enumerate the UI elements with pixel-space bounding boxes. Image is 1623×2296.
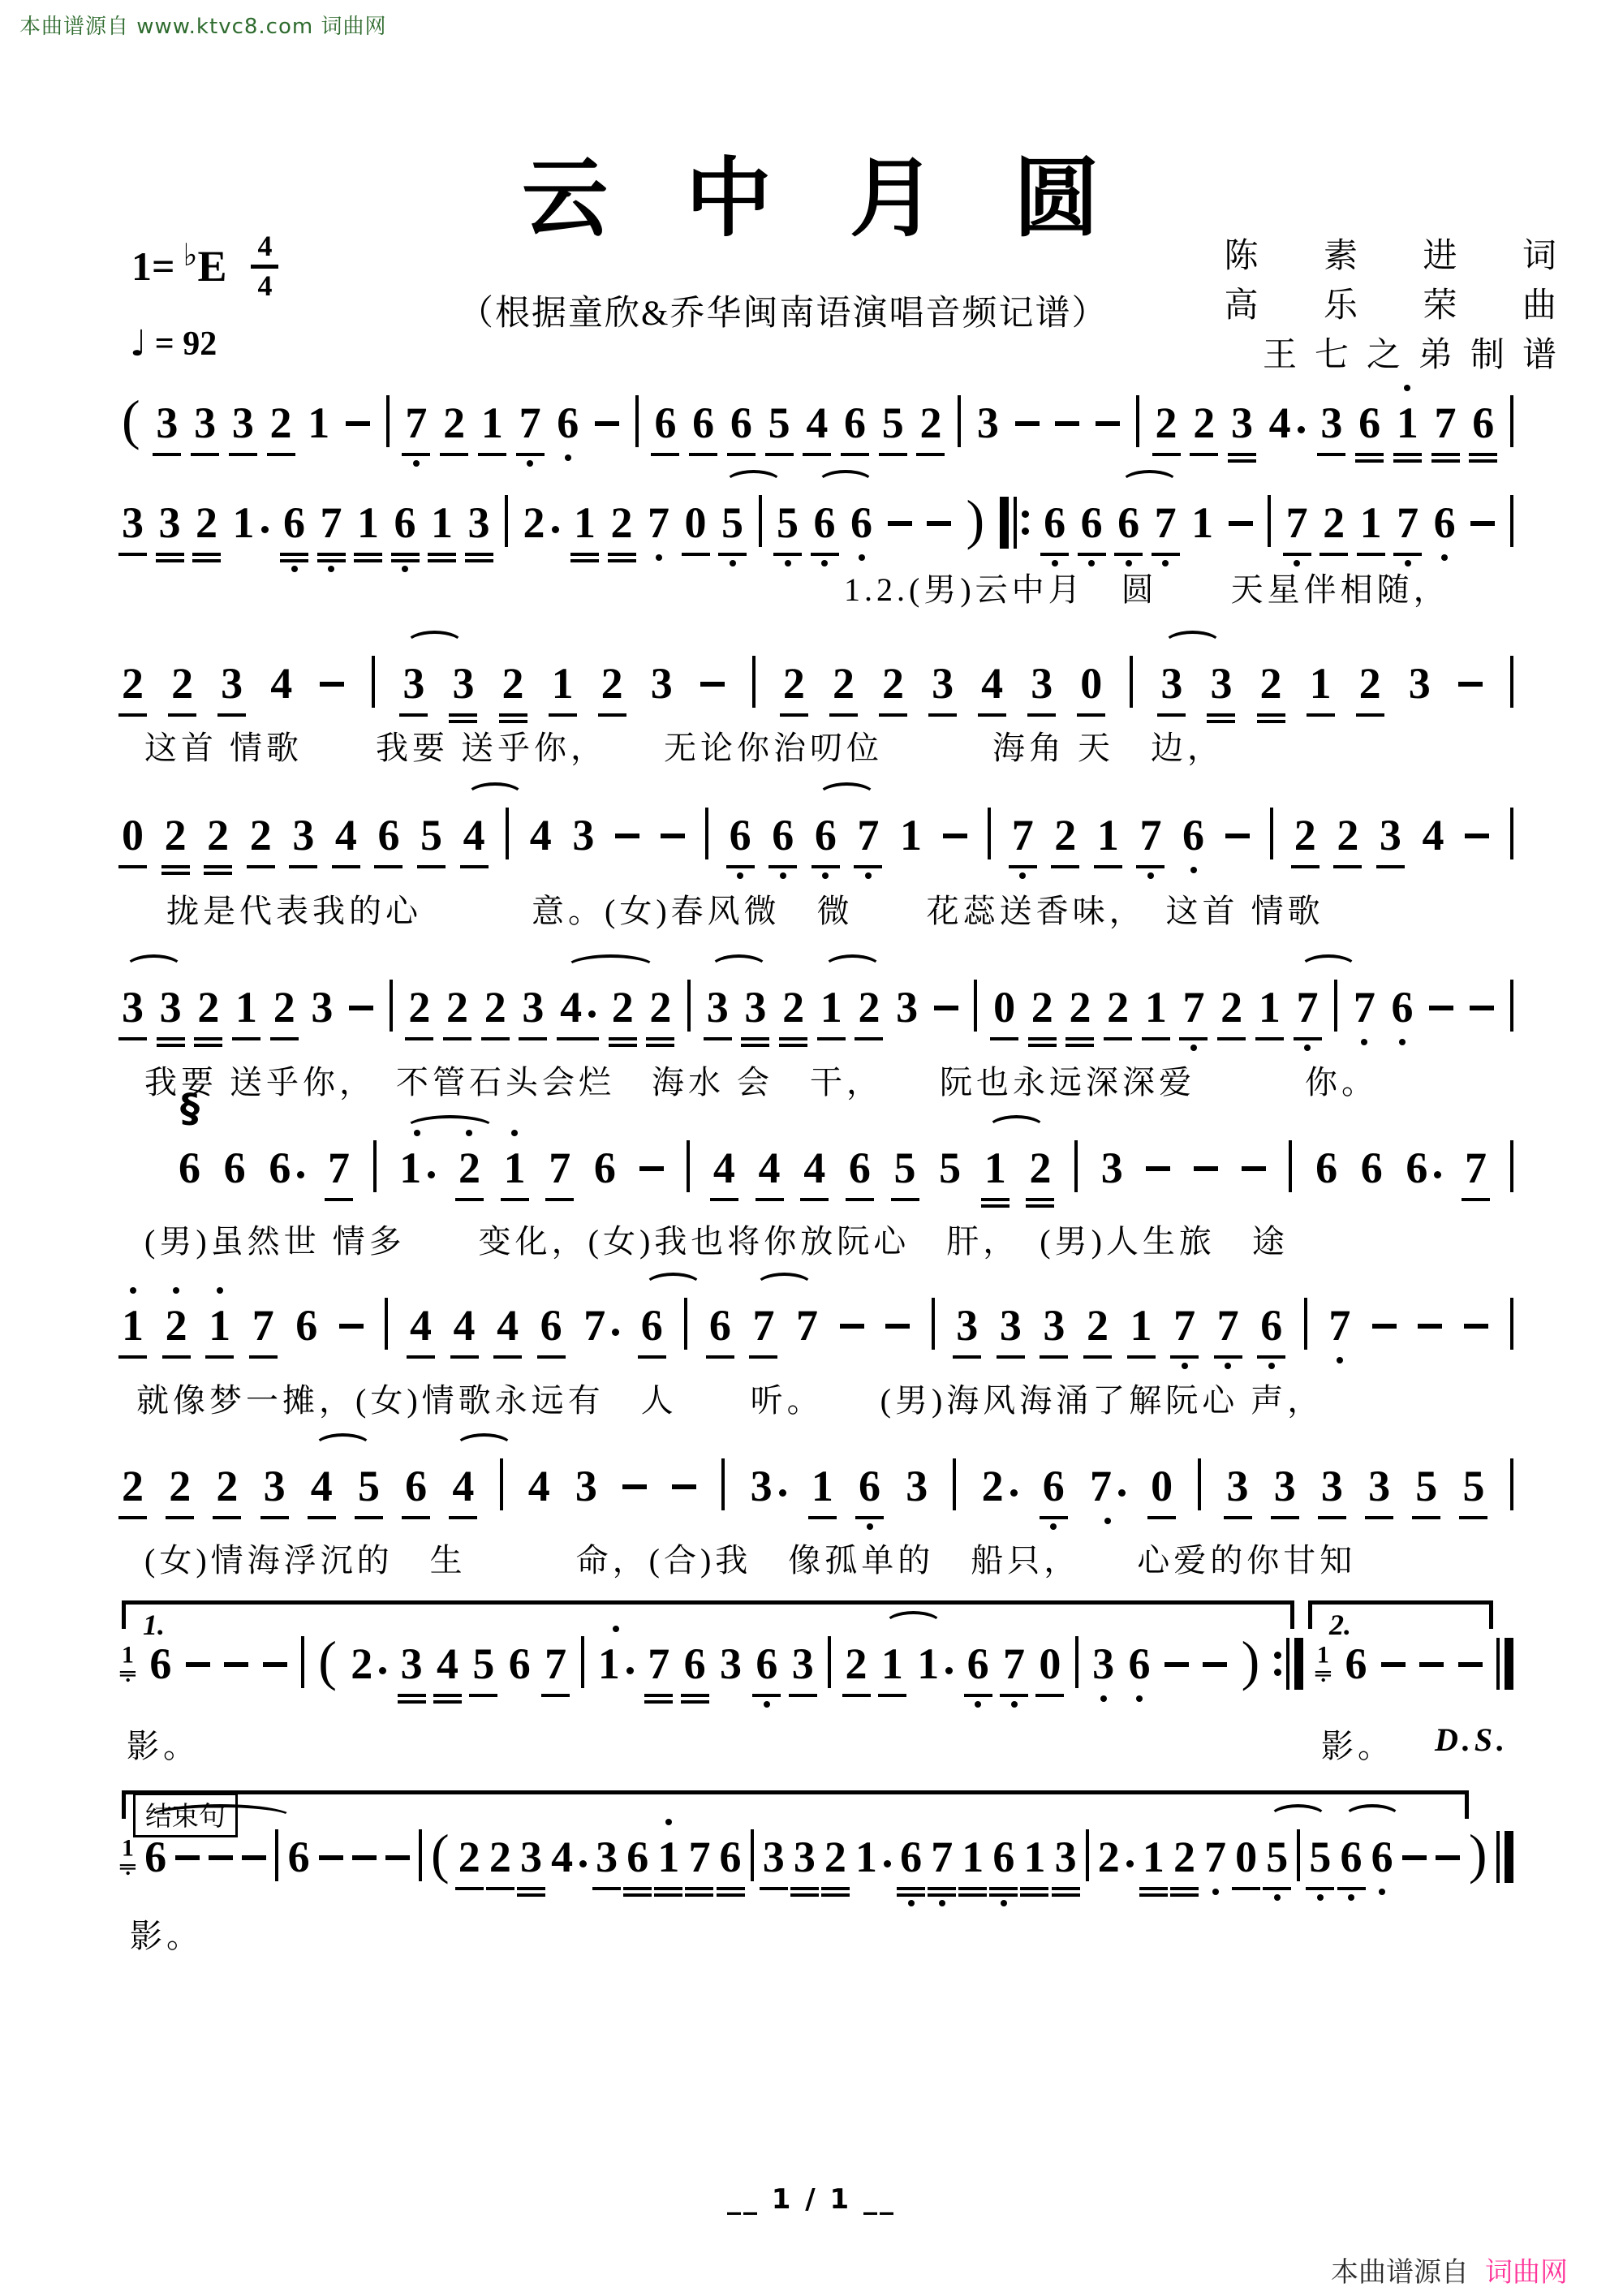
note-token [1086,1829,1089,1885]
note-token: 7 [1328,1300,1350,1350]
note-token: 0 [993,982,1015,1032]
note-token [828,1636,831,1691]
note-token [1136,395,1139,450]
note-token [1096,416,1120,429]
source-credit-prefix: 本曲谱源自 [1331,2256,1469,2289]
note-token: 3 [452,658,474,709]
note-token: 5 [777,498,799,548]
note-token: 6 [850,498,872,548]
note-token [1470,1001,1494,1014]
note-token: 1 [1360,498,1382,548]
note-token: 7 [1090,1461,1126,1511]
note-token: 7 [1173,1300,1195,1350]
note-token: 4 [463,810,485,860]
note-token [373,1140,377,1195]
note-token: 7 [688,1832,710,1882]
note-token: 4 [1423,810,1444,860]
note-token: 3 [651,658,673,709]
note-token: 6 [684,1639,706,1689]
note-token: 6 [1129,1639,1151,1689]
note-token: 2 [611,498,633,548]
note-token [988,808,991,863]
note-token: 1 [552,658,574,709]
note-token: 6 [1341,1832,1363,1882]
note-token [1510,808,1513,863]
note-token: 2 [1087,1300,1109,1350]
music-line-8: 222345644331632670333355 [122,1458,1513,1514]
music-line-3: 22343321232223430332123 [122,655,1513,712]
note-token: 1 [1097,810,1119,860]
note-token: 1 [820,982,842,1032]
lyric-line-3: 这首 情歌 我要 送乎你， 无论你治叨位 海角 天 边， [122,722,1536,769]
note-token [684,1298,687,1353]
note-token [352,1850,377,1863]
note-token: 7 [321,498,342,548]
note-token: 1 [481,398,503,448]
note-token [419,1829,422,1885]
note-token: 2 [122,1461,144,1511]
note-token [934,1001,958,1014]
note-token: 6 [756,1639,777,1689]
note-token: 7 [1003,1639,1025,1689]
note-token: 0 [1039,1639,1061,1689]
note-token: 2 [216,1461,238,1511]
music-line-6: 6667121764446551236667 [122,1139,1513,1196]
note-token: 3 [596,1832,618,1882]
note-token: 2 [846,1639,867,1689]
note-token [1458,677,1483,690]
note-token: 6 [844,398,866,448]
note-token: 7 [857,810,879,860]
note-token: 7 [583,1300,619,1350]
note-token: 3 [763,1832,785,1882]
note-token [1464,1319,1488,1332]
note-token [581,1636,584,1691]
lyric-line-10: 影。 [122,1910,1522,1957]
note-token: 3 [896,982,918,1032]
note-token: 3 [160,982,182,1032]
note-token [1130,656,1133,711]
note-token: 3 [401,1639,423,1689]
note-token: 0 [685,498,707,548]
note-token [339,1319,364,1332]
volta-1-label: 1. [143,1608,165,1642]
note-token: 6 [179,1143,200,1193]
note-token: 6 [288,1832,310,1882]
note-token: 1 [504,1143,526,1193]
key-signature: 1=♭E 4 4 [131,230,278,302]
note-token: 2 [169,1461,191,1511]
note-token: 2 [502,658,524,709]
note-token [672,1480,696,1493]
note-token: 3 [1321,1461,1343,1511]
note-token: 1 [1145,982,1167,1032]
note-token: 2 [919,398,941,448]
music-line-10: 166(2234361763321671613212705566) [122,1829,1513,1885]
note-token [385,1850,410,1863]
note-token: 2 [1337,810,1358,860]
note-token: 2 [1031,982,1053,1032]
note-token: 6 [377,810,399,860]
note-token: 0 [1151,1461,1173,1511]
note-token: 3 [232,398,254,448]
note-token: 6 [1358,398,1380,448]
note-token [1372,1319,1397,1332]
music-line-1: (3332172176666546523223436176 [122,394,1513,451]
note-token: 2 [351,1639,386,1689]
note-token: 2 [122,658,144,709]
note-token: 2 [612,982,634,1032]
note-token [700,677,725,690]
note-token: 6 [720,1832,742,1882]
note-token: 6 [149,1639,171,1689]
note-token: 6 [626,1832,648,1882]
note-token: 2 [1173,1832,1195,1882]
note-token: 1 [209,1300,230,1350]
lyric-line-5: 我要 送乎你， 不管石头会烂 海水 会 干， 阮也永远深深爱 你。 [122,1057,1536,1103]
note-token [1436,1850,1460,1863]
note-token: 3 [977,398,999,448]
credits-block: 陈 素 进 词 高 乐 荣 曲 王七之弟制谱 [1224,232,1574,381]
note-token: 6 [405,1461,427,1511]
note-token: 6 [1472,398,1494,448]
note-token: 2 [1193,398,1215,448]
volta-2-label: 2. [1329,1608,1351,1642]
note-token: 1 [1191,498,1213,548]
note-token: 6 [815,810,837,860]
note-token [1270,808,1273,863]
note-token [1055,416,1079,429]
credit-transcriber: 王七之弟制谱 [1224,331,1574,381]
note-token: 7 [1397,498,1419,548]
note-token [1510,1140,1513,1195]
lyric-line-2: 1.2.(男)云中月 圆 天星伴相随， [122,564,1623,610]
music-line-2: 3321671613212705566)6667172176 [122,494,1513,551]
note-token: 1 [431,498,453,548]
note-token: 6 [641,1300,663,1350]
note-token: 1 [235,982,257,1032]
note-token: 7 [752,1300,774,1350]
note-token: 6 [709,1300,731,1350]
lyric-line-6: (男)虽然世 情多 变化，(女)我也将你放阮心 肝， (男)人生旅 途 [122,1216,1536,1262]
note-token: 7 [796,1300,818,1350]
note-token: 3 [522,982,544,1032]
note-token [1198,1458,1201,1514]
note-token: 3 [1101,1143,1123,1193]
note-token: 2 [824,1832,846,1882]
sheet-music-page: 本曲谱源自 www.ktvc8.com 词曲网 云 中 月 圆 1=♭E 4 4… [0,0,1623,2296]
note-token: 3 [906,1461,928,1511]
note-token [1496,1638,1513,1690]
note-token [386,395,390,450]
note-token [888,516,912,529]
note-token [705,808,708,863]
note-token [1381,1657,1406,1670]
note-token: 2 [446,982,468,1032]
note-token: 3 [572,810,594,860]
note-token: 1 [984,1143,1006,1193]
note-token [1510,1298,1513,1353]
key-note: E [197,241,226,291]
note-token: 6 [859,1461,880,1511]
note-token: 4 [437,1639,458,1689]
note-token: 3 [1031,658,1053,709]
note-token [974,980,977,1035]
note-token: 6 [1345,1639,1367,1689]
note-token [372,656,375,711]
note-token: 4 [981,658,1003,709]
note-token: 3 [221,658,243,709]
note-token: 2 [1029,1143,1051,1193]
note-token [1465,829,1489,842]
note-token: 3 [794,1832,816,1882]
note-token: 4 [528,1461,550,1511]
note-token [1402,1850,1427,1863]
note-token: 3 [159,498,181,548]
note-token: 2 [601,658,623,709]
note-token: 4 [713,1143,735,1193]
note-token: 2 [408,982,430,1032]
note-token: 0 [1080,658,1102,709]
note-token [385,1298,388,1353]
note-token: ( [318,1632,337,1696]
lyric-line-8: (女)情海浮沉的 生 命，(合)我 像孤单的 船只， 心爱的你甘知 [122,1535,1536,1581]
note-token: 6 [1081,498,1103,548]
note-token: 2 [207,810,229,860]
note-token: 0 [122,810,144,860]
note-token [186,1657,210,1670]
watermark-source-top: 本曲谱源自 www.ktvc8.com 词曲网 [19,10,386,40]
note-token: 4 [759,1143,781,1193]
note-token: ) [1242,1632,1260,1696]
note-token: 1 [122,1834,134,1862]
note-token: 1 [1310,658,1332,709]
note-token: 6 [1117,498,1139,548]
note-token: 2 [1294,810,1316,860]
note-token: 5 [1462,1461,1484,1511]
lyric-line-4: 拢是代表我的心 意。(女)春风微 微 花蕊送香味， 这首 情歌 [122,885,1558,932]
tempo-value: = 92 [155,325,217,364]
note-token: 2 [982,1461,1018,1511]
note-token: 6 [730,810,751,860]
volta-1-bracket: 1. [122,1600,1294,1634]
note-token [958,395,961,450]
note-token [1268,495,1271,550]
note-token: 2 [858,982,880,1032]
note-token [953,1458,956,1514]
note-token: 1 [399,1143,435,1193]
note-token: 3 [792,1639,814,1689]
note-token [349,1001,373,1014]
lyric-line-7: 就像梦一摊，(女)情歌永远有 人 听。 (男)海风海涌了解阮心 声， [122,1375,1528,1421]
note-token: 6 [1361,1143,1383,1193]
note-token: 3 [156,398,178,448]
note-token [1496,1831,1513,1883]
note-token: 1 [1130,1300,1152,1350]
lyric-ending-1: 影。 [127,1721,200,1767]
note-token: 3 [707,982,729,1032]
note-token: 6 [654,398,676,448]
note-token: 3 [751,1461,786,1511]
note-token [1203,1657,1227,1670]
note-token: 2 [458,1143,480,1193]
note-token: 3 [1055,1832,1077,1882]
note-token: 2 [1069,982,1091,1032]
note-token: 1 [962,1832,984,1882]
note-token: 1 [574,498,596,548]
note-token [320,677,344,690]
note-token [346,416,370,429]
quarter-note-icon: ♩ [130,323,147,364]
note-token: 1 [855,1832,891,1882]
note-token: 6 [594,1143,616,1193]
note-token [622,1480,647,1493]
note-token: 5 [894,1143,916,1193]
lyric-ending-2: 影。 [1321,1721,1394,1767]
note-token [1229,516,1253,529]
note-token: 7 [1435,398,1457,448]
music-line-7: 12176444676677333217767 [122,1297,1513,1354]
page-number: __ 1 / 1 __ [0,2183,1623,2216]
note-token: 6 [772,810,794,860]
music-line-4: 0222346544366671721762234 [122,807,1513,864]
note-token: 6 [540,1300,562,1350]
note-token [1419,1657,1444,1670]
note-token [1334,980,1337,1035]
note-token [1297,1829,1300,1885]
note-token [1194,1161,1218,1174]
credit-lyricist: 陈 素 进 词 [1224,232,1574,282]
note-token [687,980,691,1035]
note-token [1015,416,1040,429]
note-token: 2 [166,1300,187,1350]
note-token: 7 [519,398,541,448]
note-token: 2 [1107,982,1129,1032]
note-token: 3 [1368,1461,1390,1511]
note-token [242,1850,266,1863]
note-token: 6 [557,398,579,448]
key-prefix: 1= [131,243,175,290]
note-token: 2 [1098,1832,1134,1882]
source-credit-link[interactable]: 词曲网 [1485,2256,1568,2289]
note-token: 3 [1409,658,1431,709]
note-token: 6 [992,1832,1014,1882]
note-token: 2 [458,1832,480,1882]
note-token: 3 [932,658,954,709]
note-token: 4 [530,810,552,860]
note-token [1289,1140,1292,1195]
note-token [1075,1636,1078,1691]
note-token: 2 [443,398,465,448]
note-token: 5 [768,398,790,448]
note-token [759,495,762,550]
note-token: 7 [931,1832,953,1882]
note-token [1242,1161,1266,1174]
note-token: 6 [283,498,305,548]
note-token: 1 [1259,982,1281,1032]
note-token [224,1657,248,1670]
note-token: 2 [171,658,193,709]
note-token: 3 [1274,1461,1296,1511]
note-token: 3 [1227,1461,1249,1511]
note-token [1146,1161,1170,1174]
note-token: 2 [273,982,295,1032]
note-token: 4 [410,1300,432,1350]
note-token [175,1850,200,1863]
note-token: 7 [648,1639,669,1689]
ending-phrase-bracket: 结束句 [122,1790,1469,1824]
note-token: 2 [484,982,506,1032]
note-token: 4 [311,1461,333,1511]
note-token: ) [1469,1825,1487,1889]
note-token [1274,1638,1303,1690]
note-token [595,416,619,429]
note-token: 3 [956,1300,978,1350]
note-token [1510,1458,1513,1514]
note-token [209,1850,233,1863]
note-token: 1 [357,498,379,548]
note-token: 4 [806,398,828,448]
note-token: 1 [900,810,922,860]
note-token: 6 [1182,810,1204,860]
note-token [1074,1140,1078,1195]
note-token: 1 [811,1461,833,1511]
note-token: 1 [598,1639,634,1689]
note-token: 2 [1260,658,1282,709]
note-token: 2 [1054,810,1076,860]
note-token [751,1829,754,1885]
ds-marker: D.S. [1435,1721,1509,1759]
note-token: 1 [657,1832,679,1882]
note-token [1304,1298,1307,1353]
note-token: 5 [1415,1461,1437,1511]
note-token [932,1298,935,1353]
note-token: 4 [335,810,357,860]
note-token: 7 [549,1143,570,1193]
time-signature-top: 4 [251,230,278,269]
note-token: 2 [1359,658,1381,709]
note-token: 3 [264,1461,286,1511]
note-token: 3 [311,982,333,1032]
note-token [500,1458,503,1514]
note-token: 1 [122,1300,144,1350]
note-token: 6 [224,1143,246,1193]
note-token: 3 [1092,1639,1114,1689]
note-token: 7 [1286,498,1308,548]
note-token: 3 [1000,1300,1022,1350]
note-token: 2 [782,982,804,1032]
note-token: 4 [803,1143,825,1193]
note-token: 1 [1023,1832,1045,1882]
note-token [721,1458,725,1514]
note-token: 7 [252,1300,274,1350]
note-token: 6 [692,398,714,448]
note-token: 5 [1266,1832,1288,1882]
note-token: 4 [560,982,596,1032]
note-token: 2 [197,982,219,1032]
note-token: 3 [575,1461,597,1511]
note-token [301,1636,304,1691]
note-token: 1 [881,1639,903,1689]
note-token [1429,1001,1453,1014]
note-token: 7 [328,1143,350,1193]
note-token: 2 [523,498,559,548]
note-token: 3 [403,658,424,709]
note-token: 6 [967,1639,989,1689]
note-token: 2 [833,658,855,709]
note-token: 2 [882,658,904,709]
note-token [390,980,393,1035]
